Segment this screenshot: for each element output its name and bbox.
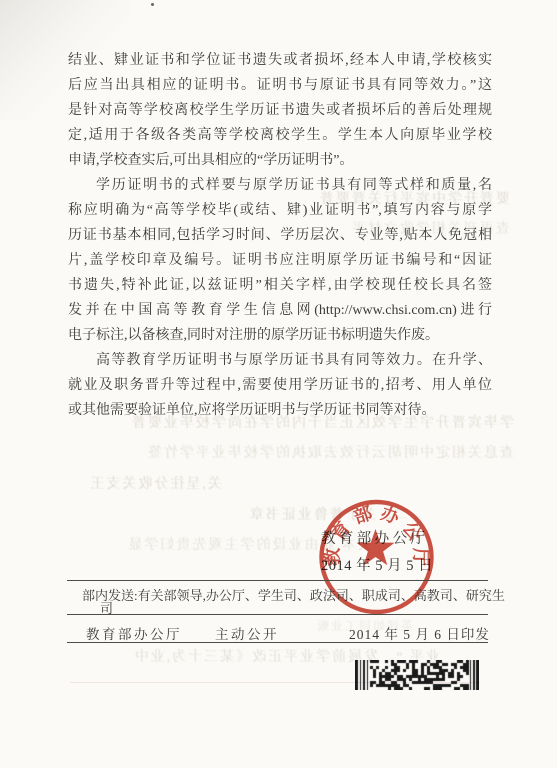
bleed-through-text: 关,呈往分收关支王 — [62, 473, 222, 493]
seal-arc-char: 教 — [322, 547, 343, 567]
colophon-row: 教育部办公厅 主动公开 2014 年 5 月 6 日印发 — [67, 621, 488, 643]
footer-rule-middle — [67, 614, 488, 615]
body-line: 后应当出具相应的证明书。证明书与原证书具有同等效力。”这 — [68, 73, 492, 98]
colophon-print-date: 2014 年 5 月 6 日印发 — [349, 623, 490, 643]
body-line: 书遗失,特补此证,以兹证明”相关字样,由学校现任校长具名签 — [68, 273, 492, 298]
body-line: 电子标注,以备核查,同时对注册的原学历证书标明遗失作废。 — [68, 323, 492, 348]
colophon-disclosure: 主动公开 — [215, 623, 279, 643]
body-line: 片,盖学校印章及编号。证明书应注明原学历证书编号和“因证 — [68, 248, 492, 273]
body-line: 结业、肄业证书和学位证书遗失或者损坏,经本人申请,学校核实 — [68, 48, 492, 73]
body-line: 高等教育学历证明书与原学历证书具有同等效力。在升学、 — [68, 348, 492, 373]
body-line: 定,适用于各级各类高等学校离校学生。学生本人向原毕业学校 — [68, 123, 492, 148]
barcode — [355, 660, 479, 690]
body-line: 申请,学校查实后,可出具相应的“学历证明书”。 — [68, 148, 492, 173]
bleed-through-text: 查息关相定中明胡云行效去取执的学校毕业平学竹签 — [62, 442, 514, 462]
footer-rule-bottom — [67, 642, 488, 643]
document-body: 结业、肄业证书和学位证书遗失或者损坏,经本人申请,学校核实 后应当出具相应的证明… — [68, 48, 492, 423]
body-line: 发并在中国高等教育学生信息网(http://www.chsi.com.cn)进行 — [68, 298, 492, 323]
footer-rule-top — [67, 580, 488, 581]
colophon-issuer: 教育部办公厅 — [86, 623, 182, 643]
seal-star-icon — [357, 529, 395, 565]
scan-speck — [151, 3, 154, 6]
body-line: 是针对高等学校离校学生学历证书遗失或者损坏后的善后处理规 — [68, 98, 492, 123]
body-line: 称应明确为“高等学校毕(或结、肄)业证明书”,填写内容与原学 — [68, 198, 492, 223]
body-line: 学历证明书的式样要与原学历证书具有同等式样和质量,名 — [68, 173, 492, 198]
seal-arc-char: 厅 — [411, 547, 431, 566]
distribution-line: 部内发送:有关部领导,办公厅、学生司、政法司、职成司、高教司、研究生 — [82, 585, 492, 604]
seal-arc-char: 育 — [327, 517, 355, 544]
body-line: 或其他需要验证单位,应将学历证明书与学历证书同等对待。 — [68, 398, 492, 423]
body-line: 历证书基本相同,包括学习时间、学历层次、专业等,贴本人免冠相 — [68, 223, 492, 248]
body-line: 就业及职务晋升等过程中,需要使用学历证书的,招考、用人单位 — [68, 373, 492, 398]
scanned-document-page: 要晋升学中宾平行关晋要普 查再刊关相学收文材平 学毕宾晋升宇生学效区正当千内的学… — [0, 0, 557, 768]
